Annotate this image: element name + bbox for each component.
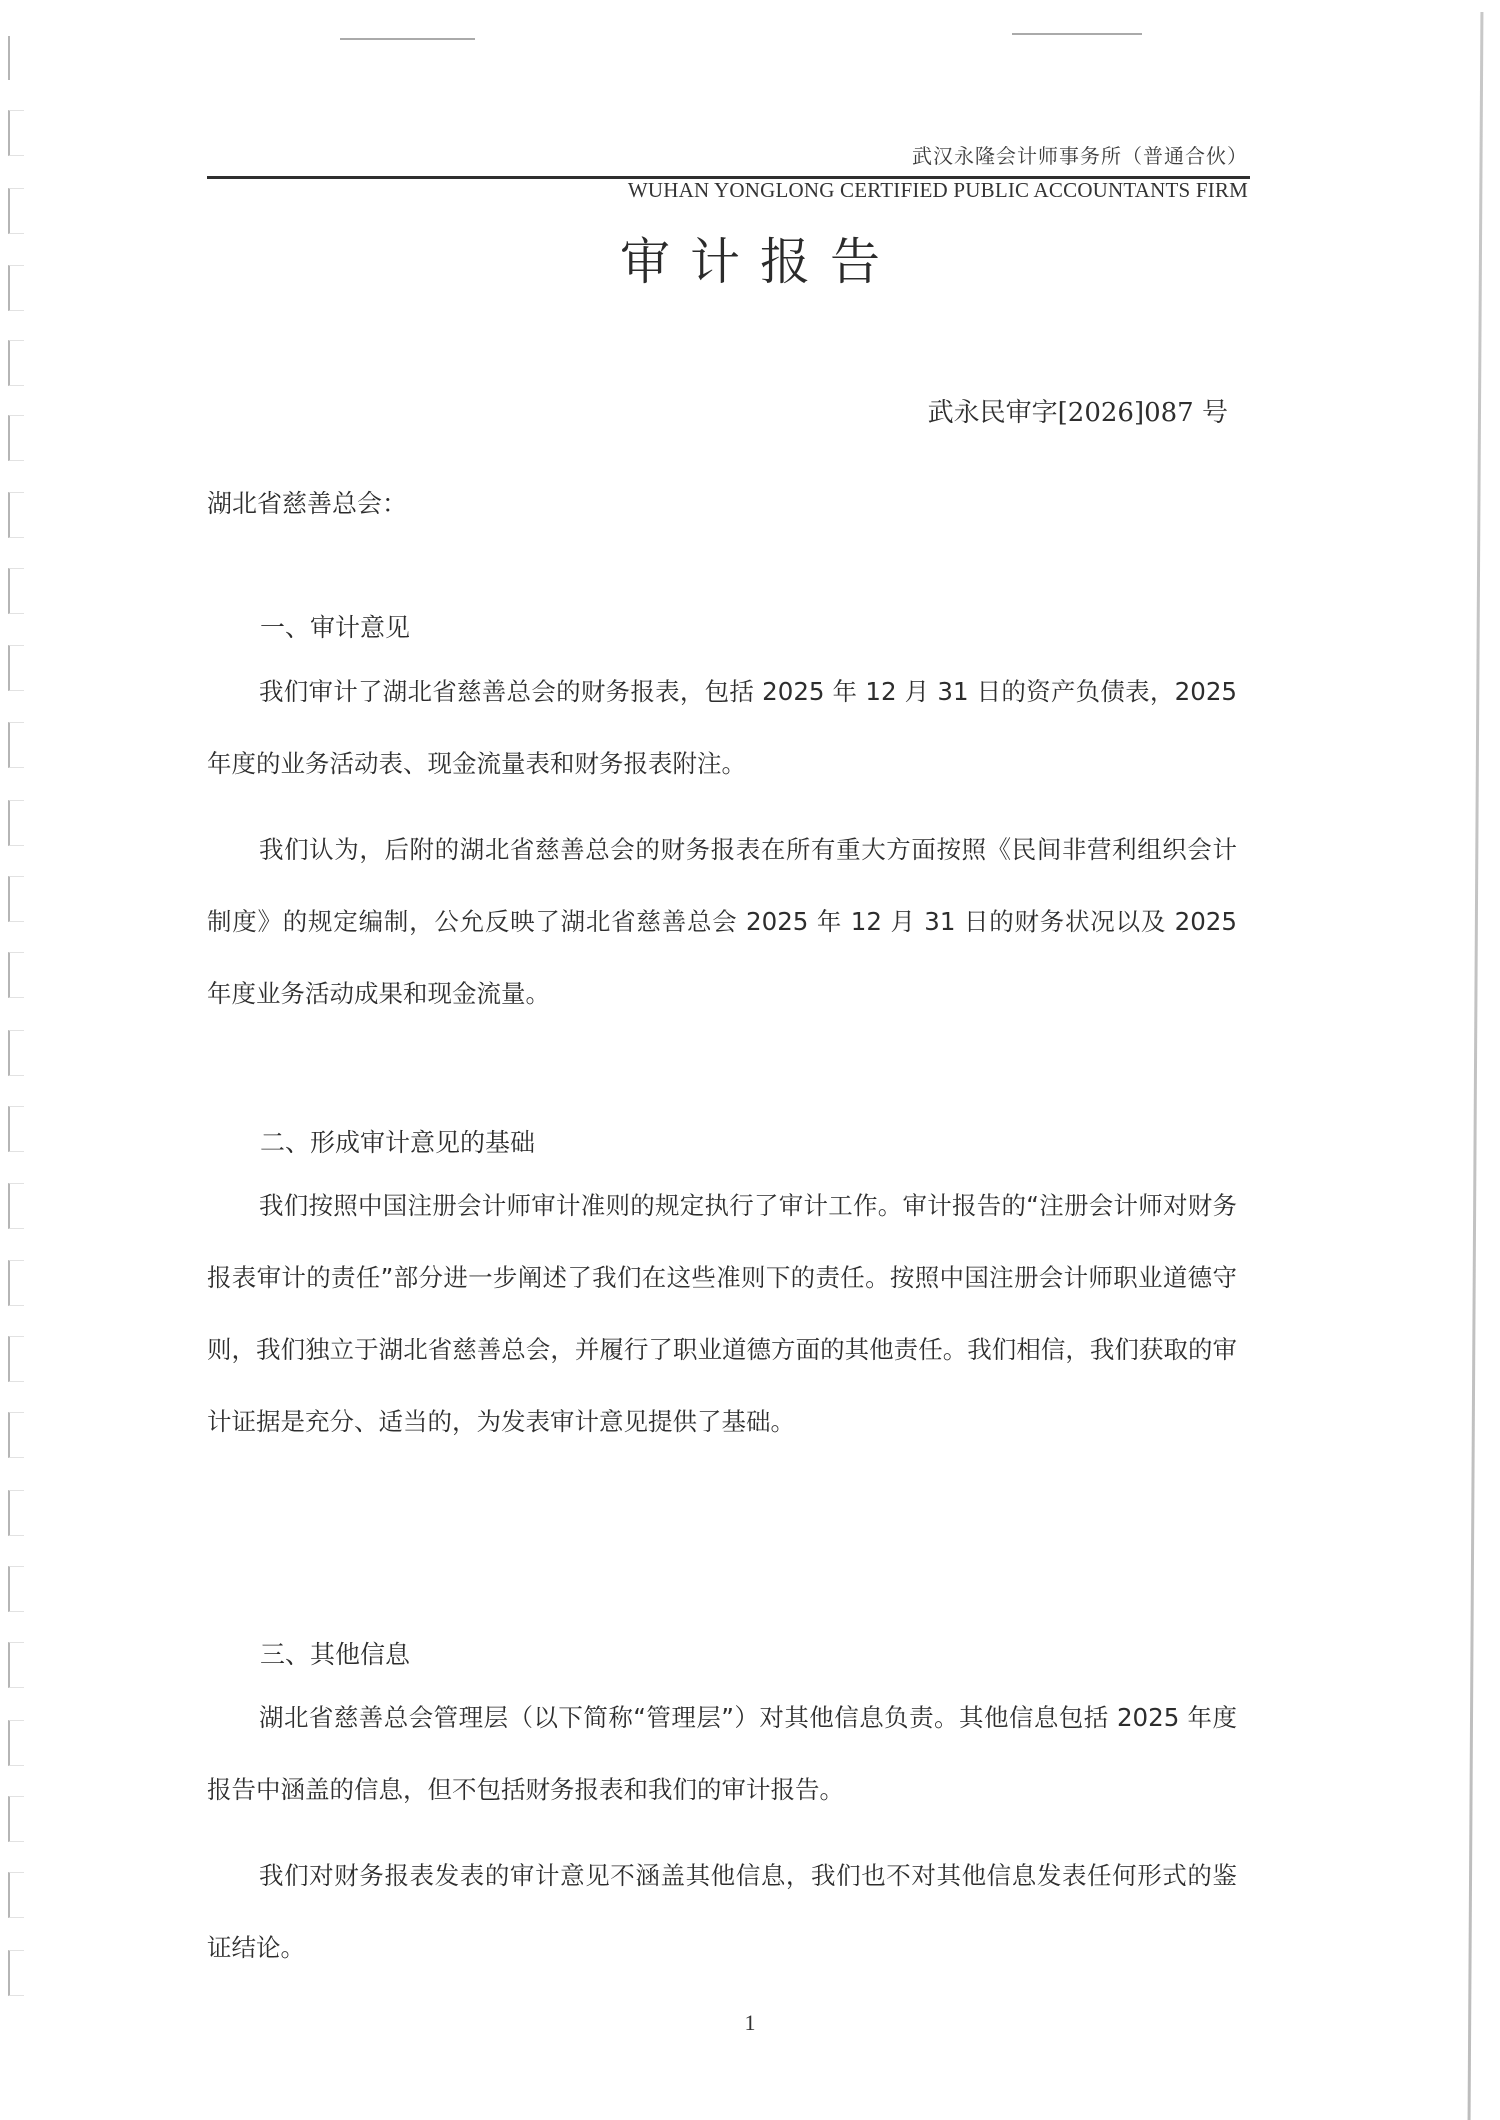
section-heading-audit-opinion: 一、审计意见: [260, 608, 410, 644]
report-reference-number: 武永民审字[2026]087 号: [928, 392, 1228, 429]
firm-name-english: WUHAN YONGLONG CERTIFIED PUBLIC ACCOUNTA…: [628, 178, 1248, 203]
report-title: 审计报告: [0, 222, 1500, 294]
section-1-paragraph-1: 我们审计了湖北省慈善总会的财务报表，包括 2025 年 12 月 31 日的资产…: [207, 656, 1237, 800]
section-1-paragraph-2: 我们认为，后附的湖北省慈善总会的财务报表在所有重大方面按照《民间非营利组织会计制…: [207, 814, 1237, 1030]
scan-artifact-top-right: [1012, 33, 1142, 35]
firm-name-chinese: 武汉永隆会计师事务所（普通合伙）: [912, 140, 1248, 169]
addressee: 湖北省慈善总会：: [207, 484, 407, 520]
section-3-paragraph-1: 湖北省慈善总会管理层（以下简称“管理层”）对其他信息负责。其他信息包括 2025…: [207, 1682, 1237, 1826]
section-3-paragraph-2: 我们对财务报表发表的审计意见不涵盖其他信息，我们也不对其他信息发表任何形式的鉴证…: [207, 1840, 1237, 1984]
section-heading-basis-for-opinion: 二、形成审计意见的基础: [260, 1123, 535, 1159]
page-edge-shadow: [1468, 12, 1484, 2120]
section-heading-other-information: 三、其他信息: [260, 1635, 410, 1671]
scan-artifact-top-left: [340, 38, 475, 40]
section-2-paragraph-1: 我们按照中国注册会计师审计准则的规定执行了审计工作。审计报告的“注册会计师对财务…: [207, 1170, 1237, 1458]
page-number: 1: [0, 2010, 1500, 2036]
